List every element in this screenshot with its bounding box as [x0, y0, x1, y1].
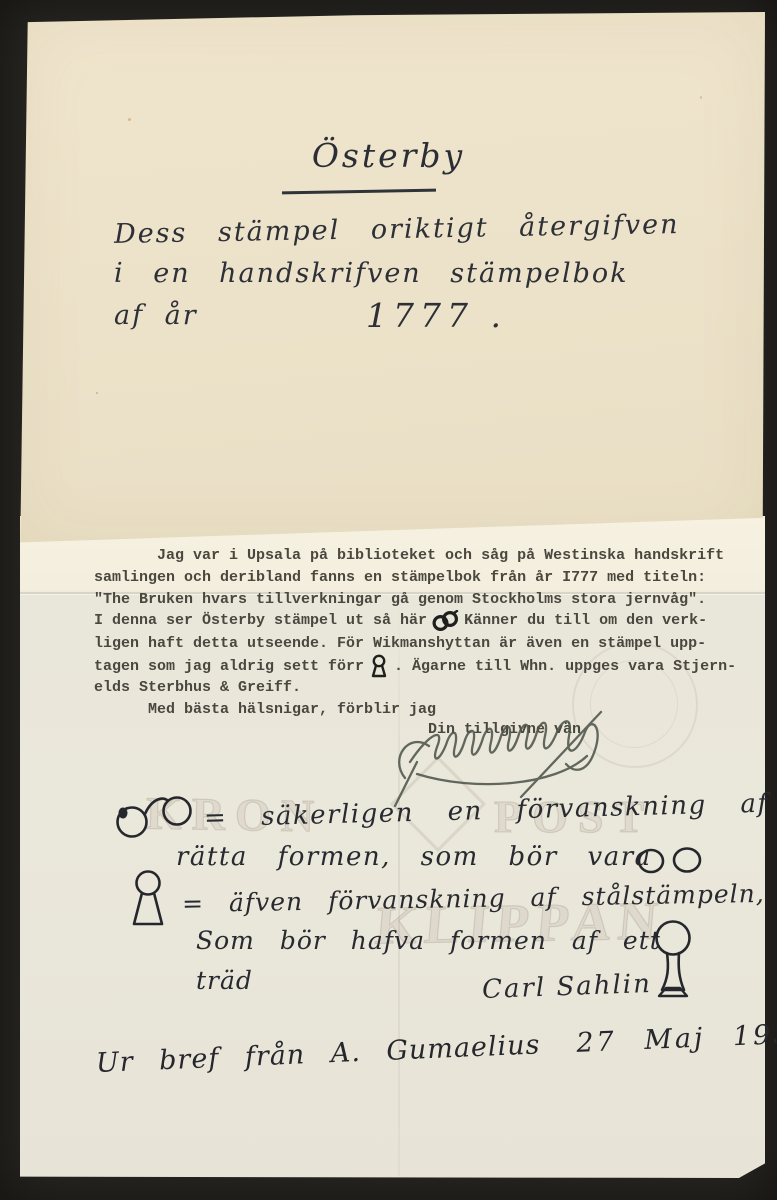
carl-sahlin-signature: Carl Sahlin — [482, 969, 653, 1005]
typed-line: samlingen och deribland fanns en stämpel… — [94, 568, 706, 588]
paper-speck — [128, 118, 131, 121]
paper-speck — [700, 96, 702, 99]
typed-line: "The Bruken hvars tillverkningar gå geno… — [94, 590, 706, 610]
typed-line-with-rings: I denna ser Österby stämpel ut så här Kä… — [94, 610, 707, 632]
typed-line-segment: tagen som jag aldrig sett förr — [94, 657, 364, 677]
typed-line: Jag var i Upsala på biblioteket och såg … — [94, 546, 724, 566]
annotation-glasses-line2: rätta formen, som bör vara — [176, 842, 652, 872]
annotation-keyhole-line2: Som bör hafva formen af ett — [196, 926, 661, 955]
annotation-keyhole-line3: träd — [196, 966, 253, 995]
note-year: 1777 . — [366, 296, 507, 335]
note-line: i en handskrifven stämpelbok — [114, 258, 629, 289]
paper-speck — [96, 392, 98, 394]
note-title: Österby — [0, 136, 777, 175]
stamp-rings-glyph-icon — [432, 610, 459, 632]
scanned-document: KRON POST KLIPPAN Österby Dess stämpel o… — [0, 0, 777, 1200]
note-year-prefix: af år — [114, 300, 198, 331]
typed-line-segment: . Ägarne till Whn. uppges vara Stjern- — [394, 657, 736, 677]
tree-stamp-sketch-icon — [646, 916, 698, 1012]
typed-line-segment: Känner du till om den verk- — [464, 611, 707, 631]
pince-nez-sketch-icon — [114, 788, 200, 842]
gumaelius-signature — [385, 700, 725, 835]
typed-line: elds Sterbhus & Greiff. — [94, 678, 301, 698]
keyhole-glyph-icon — [369, 654, 389, 679]
typed-line-segment: I denna ser Österby stämpel ut så här — [94, 611, 427, 631]
keyhole-sketch-icon — [126, 868, 170, 932]
typed-line: ligen haft detta utseende. För Wikmanshy… — [94, 634, 706, 654]
typed-line-with-keyhole: tagen som jag aldrig sett förr . Ägarne … — [94, 654, 736, 679]
correct-stamp-circles-icon — [636, 846, 706, 876]
